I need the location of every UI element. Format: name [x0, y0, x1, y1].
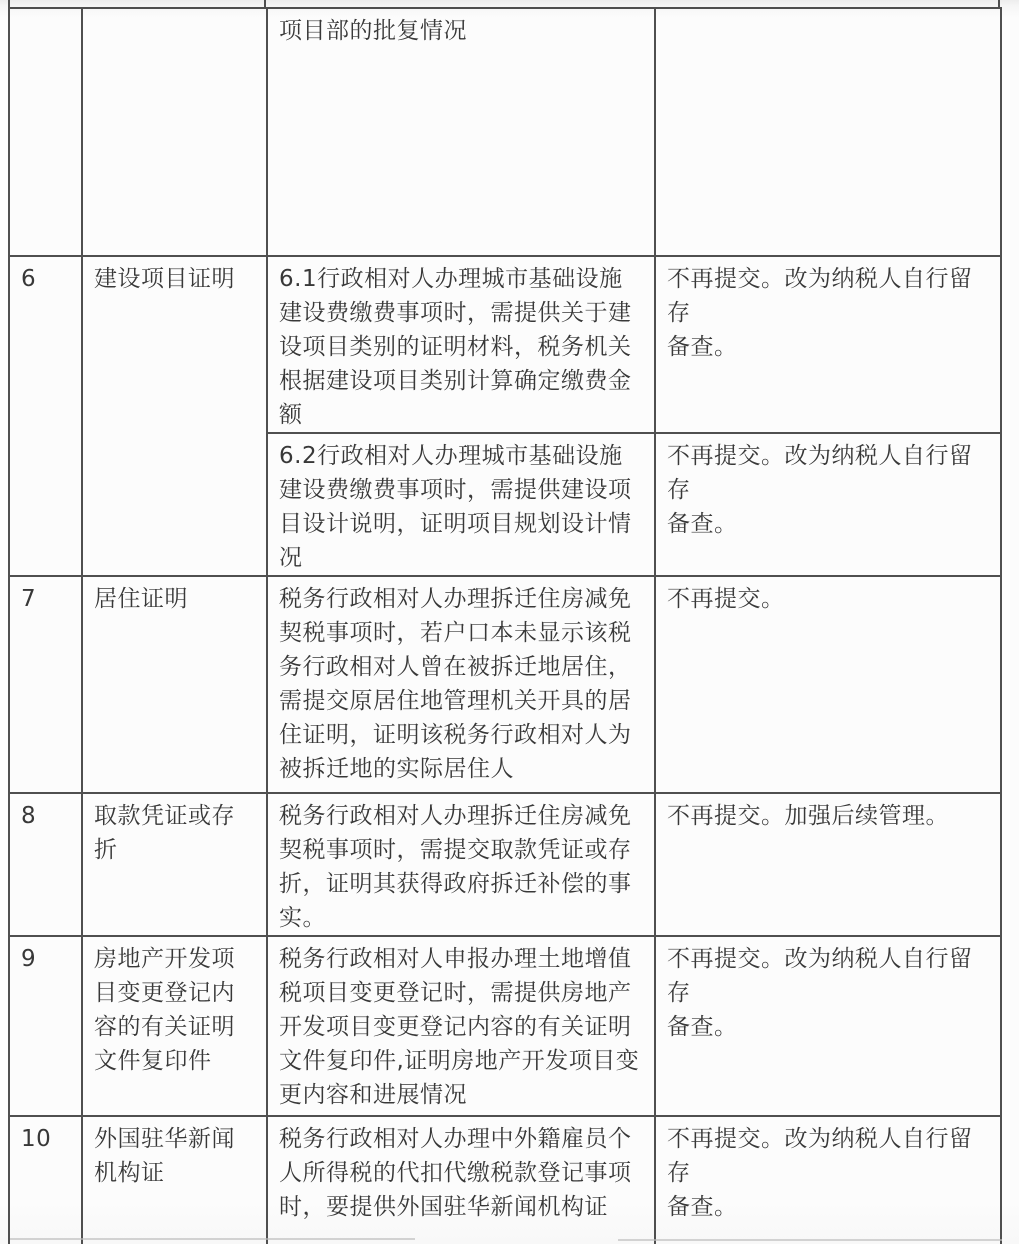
cert-name-cell: 建设项目证明 [82, 256, 267, 576]
description-cell: 6.2行政相对人办理城市基础设施 建设费缴费事项时，需提供建设项 目设计说明，证… [267, 433, 655, 576]
scan-shadow [10, 1238, 415, 1240]
table-row-9: 9 房地产开发项 目变更登记内 容的有关证明 文件复印件 税务行政相对人申报办理… [9, 936, 1001, 1116]
action-cell: 不再提交。加强后续管理。 [655, 793, 1001, 936]
cert-name-cell: 房地产开发项 目变更登记内 容的有关证明 文件复印件 [82, 936, 267, 1116]
description-cell: 税务行政相对人申报办理土地增值 税项目变更登记时，需提供房地产 开发项目变更登记… [267, 936, 655, 1116]
row-no-cell: 7 [9, 576, 82, 793]
cert-name-cell: 取款凭证或存 折 [82, 793, 267, 936]
action-cell [655, 8, 1001, 256]
row-no-cell: 9 [9, 936, 82, 1116]
row-no-cell [9, 8, 82, 256]
table-row-7: 7 居住证明 税务行政相对人办理拆迁住房减免 契税事项时，若户口本未显示该税 务… [9, 576, 1001, 793]
action-cell: 不再提交。 [655, 576, 1001, 793]
description-cell: 6.1行政相对人办理城市基础设施 建设费缴费事项时，需提供关于建 设项目类别的证… [267, 256, 655, 433]
description-cell: 税务行政相对人办理拆迁住房减免 契税事项时，若户口本未显示该税 务行政相对人曾在… [267, 576, 655, 793]
table-row-6-1: 6 建设项目证明 6.1行政相对人办理城市基础设施 建设费缴费事项时，需提供关于… [9, 256, 1001, 433]
row-no-cell: 10 [9, 1116, 82, 1244]
scanned-document-page: 项目部的批复情况 6 建设项目证明 6.1行政相对人办理城市基础设施 建设费缴费… [0, 0, 1019, 1244]
row-no-cell: 6 [9, 256, 82, 576]
document-table: 项目部的批复情况 6 建设项目证明 6.1行政相对人办理城市基础设施 建设费缴费… [8, 7, 1002, 1244]
table-row-8: 8 取款凭证或存 折 税务行政相对人办理拆迁住房减免 契税事项时，需提交取款凭证… [9, 793, 1001, 936]
action-cell: 不再提交。改为纳税人自行留存 备查。 [655, 256, 1001, 433]
action-cell: 不再提交。改为纳税人自行留存 备查。 [655, 1116, 1001, 1244]
row-no-cell: 8 [9, 793, 82, 936]
table-row-continuation: 项目部的批复情况 [9, 8, 1001, 256]
cert-name-cell [82, 8, 267, 256]
cert-name-cell: 外国驻华新闻 机构证 [82, 1116, 267, 1244]
description-cell: 税务行政相对人办理中外籍雇员个 人所得税的代扣代缴税款登记事项 时，要提供外国驻… [267, 1116, 655, 1244]
action-cell: 不再提交。改为纳税人自行留存 备查。 [655, 936, 1001, 1116]
scan-shadow [618, 1239, 1002, 1241]
description-cell: 项目部的批复情况 [267, 8, 655, 256]
action-cell: 不再提交。改为纳税人自行留存 备查。 [655, 433, 1001, 576]
table-row-10: 10 外国驻华新闻 机构证 税务行政相对人办理中外籍雇员个 人所得税的代扣代缴税… [9, 1116, 1001, 1244]
description-cell: 税务行政相对人办理拆迁住房减免 契税事项时，需提交取款凭证或存 折，证明其获得政… [267, 793, 655, 936]
cert-name-cell: 居住证明 [82, 576, 267, 793]
